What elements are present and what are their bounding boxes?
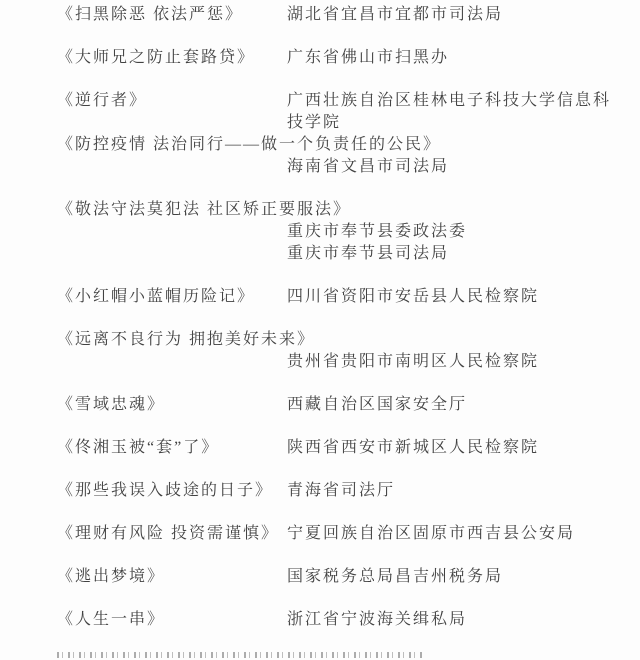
entry-title: 《大师兄之防止套路贷》 xyxy=(57,47,287,69)
entry-organization: 重庆市奉节县司法局 xyxy=(287,243,622,265)
list-item: 《人生一串》浙江省宁波海关缉私局 xyxy=(57,609,622,631)
entry-row: 《人生一串》浙江省宁波海关缉私局 xyxy=(57,609,622,631)
entry-title: 《防控疫情 法治同行——做一个负责任的公民》 xyxy=(57,134,622,156)
entry-row: 《逆行者》广西壮族自治区桂林电子科技大学信息科技学院 xyxy=(57,90,622,134)
entry-organization: 海南省文昌市司法局 xyxy=(287,156,622,178)
list-item: 《那些我误入歧途的日子》青海省司法厅 xyxy=(57,480,622,502)
entry-row: 《逃出梦境》国家税务总局昌吉州税务局 xyxy=(57,566,622,588)
entry-title: 《人生一串》 xyxy=(57,609,287,631)
entry-title: 《远离不良行为 拥抱美好未来》 xyxy=(57,329,622,351)
entry-organization: 湖北省宜昌市宜都市司法局 xyxy=(287,4,622,26)
entry-organization: 浙江省宁波海关缉私局 xyxy=(287,609,622,631)
entry-title: 《扫黑除恶 依法严惩》 xyxy=(57,4,287,26)
entry-row: 《扫黑除恶 依法严惩》湖北省宜昌市宜都市司法局 xyxy=(57,4,622,26)
entry-title: 《逃出梦境》 xyxy=(57,566,287,588)
list-item: 《逆行者》广西壮族自治区桂林电子科技大学信息科技学院 xyxy=(57,90,622,134)
list-item: 《扫黑除恶 依法严惩》湖北省宜昌市宜都市司法局 xyxy=(57,4,622,26)
list-item: 《防控疫情 法治同行——做一个负责任的公民》海南省文昌市司法局 xyxy=(57,134,622,178)
entry-row: 《佟湘玉被“套”了》陕西省西安市新城区人民检察院 xyxy=(57,437,622,459)
entry-title: 《逆行者》 xyxy=(57,90,287,112)
list-item: 《佟湘玉被“套”了》陕西省西安市新城区人民检察院 xyxy=(57,437,622,459)
list-item: 《敬法守法莫犯法 社区矫正要服法》重庆市奉节县委政法委重庆市奉节县司法局 xyxy=(57,199,622,265)
entry-row: 《雪域忠魂》西藏自治区国家安全厅 xyxy=(57,394,622,416)
list-item: 《理财有风险 投资需谨慎》宁夏回族自治区固原市西吉县公安局 xyxy=(57,523,622,545)
list-item: 《雪域忠魂》西藏自治区国家安全厅 xyxy=(57,394,622,416)
entry-title: 《理财有风险 投资需谨慎》 xyxy=(57,523,287,545)
list-item: 《远离不良行为 拥抱美好未来》贵州省贵阳市南明区人民检察院 xyxy=(57,329,622,373)
entry-title: 《敬法守法莫犯法 社区矫正要服法》 xyxy=(57,199,622,221)
entry-title: 《雪域忠魂》 xyxy=(57,394,287,416)
entry-title: 《小红帽小蓝帽历险记》 xyxy=(57,286,287,308)
entry-organization: 贵州省贵阳市南明区人民检察院 xyxy=(287,351,622,373)
entry-organization: 国家税务总局昌吉州税务局 xyxy=(287,566,622,588)
entry-organization: 青海省司法厅 xyxy=(287,480,622,502)
entry-organization: 广西壮族自治区桂林电子科技大学信息科技学院 xyxy=(287,90,622,134)
entry-title: 《那些我误入歧途的日子》 xyxy=(57,480,287,502)
list-item: 《大师兄之防止套路贷》广东省佛山市扫黑办 xyxy=(57,47,622,69)
entry-row: 《那些我误入歧途的日子》青海省司法厅 xyxy=(57,480,622,502)
entry-organization: 重庆市奉节县委政法委 xyxy=(287,221,622,243)
entry-row: 《小红帽小蓝帽历险记》四川省资阳市安岳县人民检察院 xyxy=(57,286,622,308)
award-list: 《扫黑除恶 依法严惩》湖北省宜昌市宜都市司法局《大师兄之防止套路贷》广东省佛山市… xyxy=(57,4,622,631)
entry-row: 《大师兄之防止套路贷》广东省佛山市扫黑办 xyxy=(57,47,622,69)
entry-organization: 宁夏回族自治区固原市西吉县公安局 xyxy=(287,523,622,545)
cropped-text-line xyxy=(57,652,425,658)
entry-organization: 陕西省西安市新城区人民检察院 xyxy=(287,437,622,459)
list-item: 《小红帽小蓝帽历险记》四川省资阳市安岳县人民检察院 xyxy=(57,286,622,308)
entry-organization: 广东省佛山市扫黑办 xyxy=(287,47,622,69)
list-item: 《逃出梦境》国家税务总局昌吉州税务局 xyxy=(57,566,622,588)
entry-organization: 西藏自治区国家安全厅 xyxy=(287,394,622,416)
entry-row: 《理财有风险 投资需谨慎》宁夏回族自治区固原市西吉县公安局 xyxy=(57,523,622,545)
entry-organization: 四川省资阳市安岳县人民检察院 xyxy=(287,286,622,308)
entry-title: 《佟湘玉被“套”了》 xyxy=(57,437,287,459)
award-list-document: 《扫黑除恶 依法严惩》湖北省宜昌市宜都市司法局《大师兄之防止套路贷》广东省佛山市… xyxy=(0,0,640,660)
